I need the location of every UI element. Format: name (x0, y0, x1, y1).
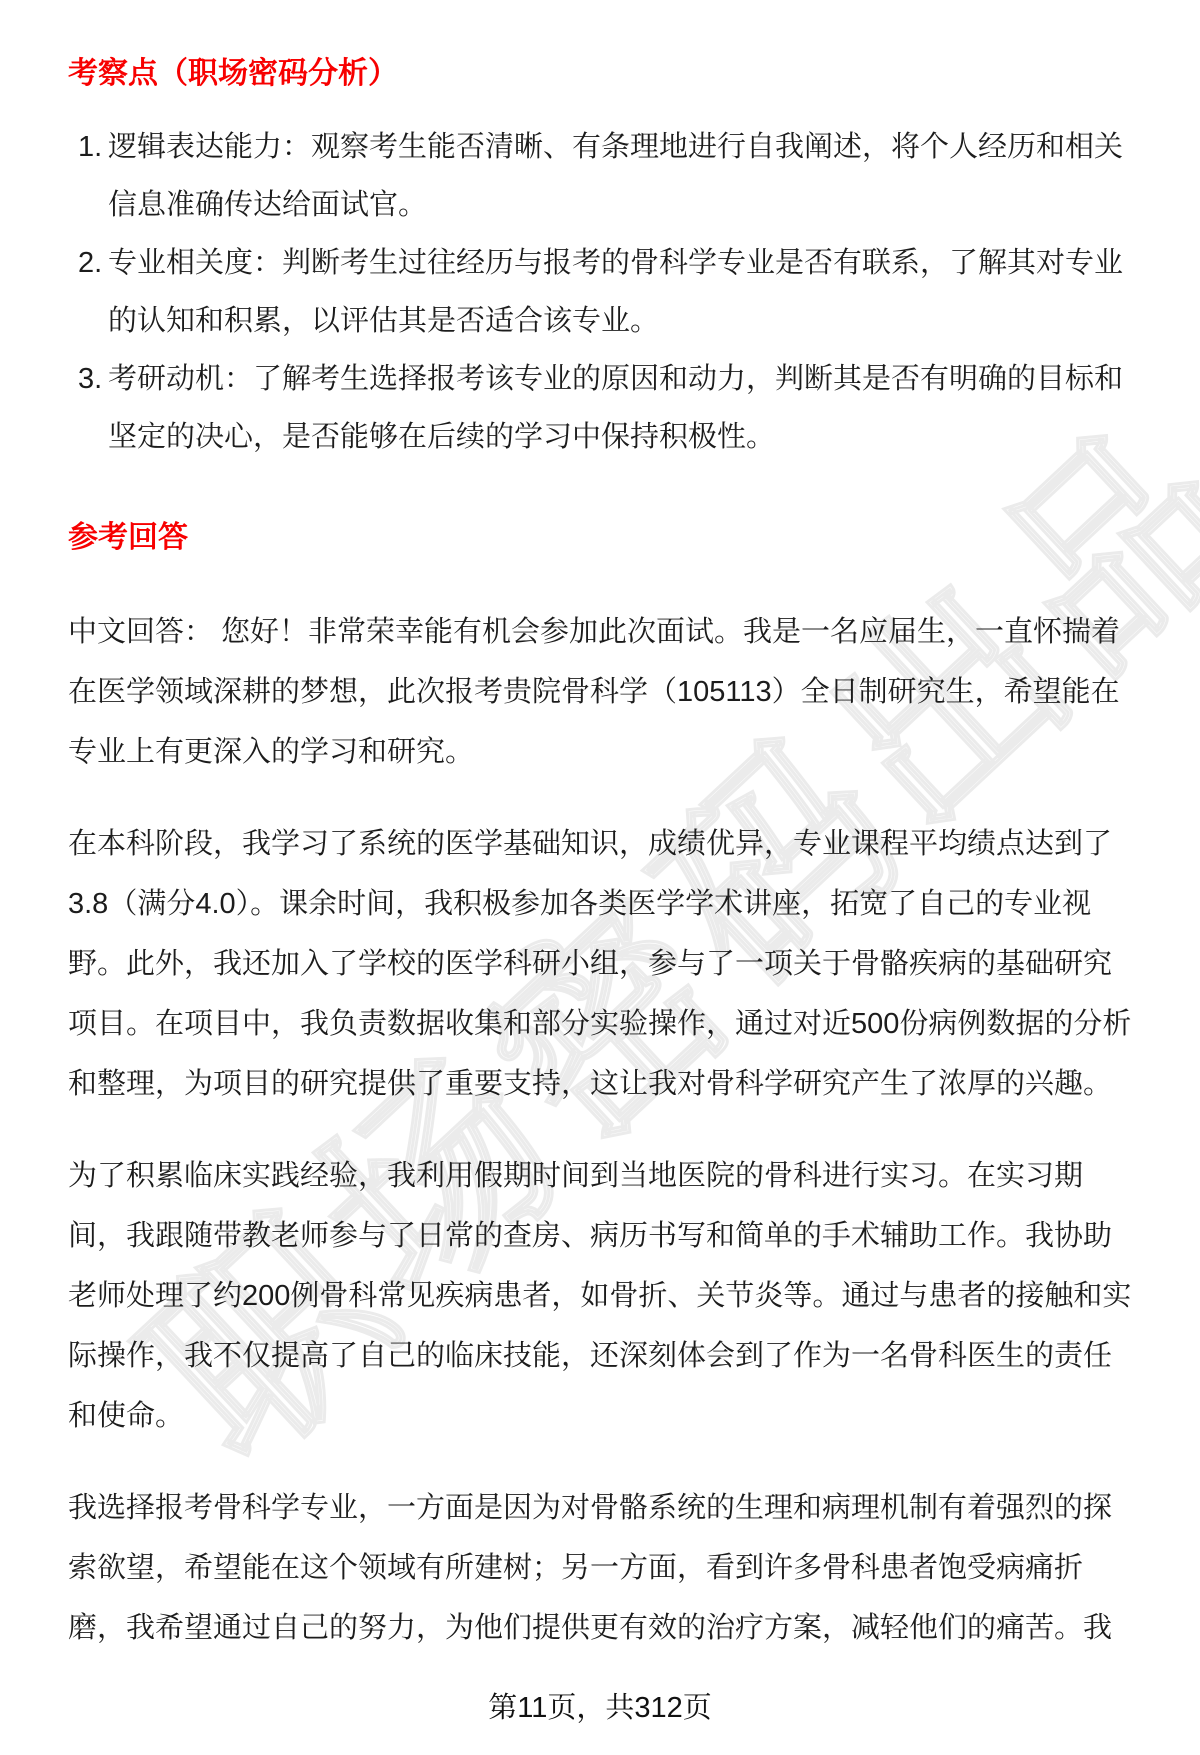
list-item-number: 3. (68, 350, 108, 466)
section-title-answer: 参考回答 (68, 520, 1132, 556)
list-item-number: 2. (68, 234, 108, 350)
answer-paragraph-3: 为了积累临床实践经验，我利用假期时间到当地医院的骨科进行实习。在实习期间，我跟随… (68, 1146, 1132, 1446)
list-item-text: 逻辑表达能力：观察考生能否清晰、有条理地进行自我阐述，将个人经历和相关信息准确传… (108, 118, 1132, 234)
answer-paragraph-2: 在本科阶段，我学习了系统的医学基础知识，成绩优异，专业课程平均绩点达到了3.8（… (68, 814, 1132, 1114)
list-item-number: 1. (68, 118, 108, 234)
list-item-text: 考研动机：了解考生选择报考该专业的原因和动力，判断其是否有明确的目标和坚定的决心… (108, 350, 1132, 466)
analysis-points-list: 1. 逻辑表达能力：观察考生能否清晰、有条理地进行自我阐述，将个人经历和相关信息… (68, 118, 1132, 466)
list-item-2: 2. 专业相关度：判断考生过往经历与报考的骨科学专业是否有联系，了解其对专业的认… (68, 234, 1132, 350)
document-page: 职场密码出品 考察点（职场密码分析） 1. 逻辑表达能力：观察考生能否清晰、有条… (0, 0, 1200, 1755)
page-footer: 第11页，共312页 (0, 1690, 1200, 1726)
list-item-text: 专业相关度：判断考生过往经历与报考的骨科学专业是否有联系，了解其对专业的认知和积… (108, 234, 1132, 350)
answer-paragraph-4: 我选择报考骨科学专业，一方面是因为对骨骼系统的生理和病理机制有着强烈的探索欲望，… (68, 1478, 1132, 1658)
list-item-3: 3. 考研动机：了解考生选择报考该专业的原因和动力，判断其是否有明确的目标和坚定… (68, 350, 1132, 466)
list-item-1: 1. 逻辑表达能力：观察考生能否清晰、有条理地进行自我阐述，将个人经历和相关信息… (68, 118, 1132, 234)
page-content: 考察点（职场密码分析） 1. 逻辑表达能力：观察考生能否清晰、有条理地进行自我阐… (0, 0, 1200, 1658)
section-title-analysis: 考察点（职场密码分析） (68, 56, 1132, 92)
answer-paragraph-1: 中文回答： 您好！非常荣幸能有机会参加此次面试。我是一名应届生，一直怀揣着在医学… (68, 602, 1132, 782)
answer-section: 中文回答： 您好！非常荣幸能有机会参加此次面试。我是一名应届生，一直怀揣着在医学… (68, 602, 1132, 1658)
